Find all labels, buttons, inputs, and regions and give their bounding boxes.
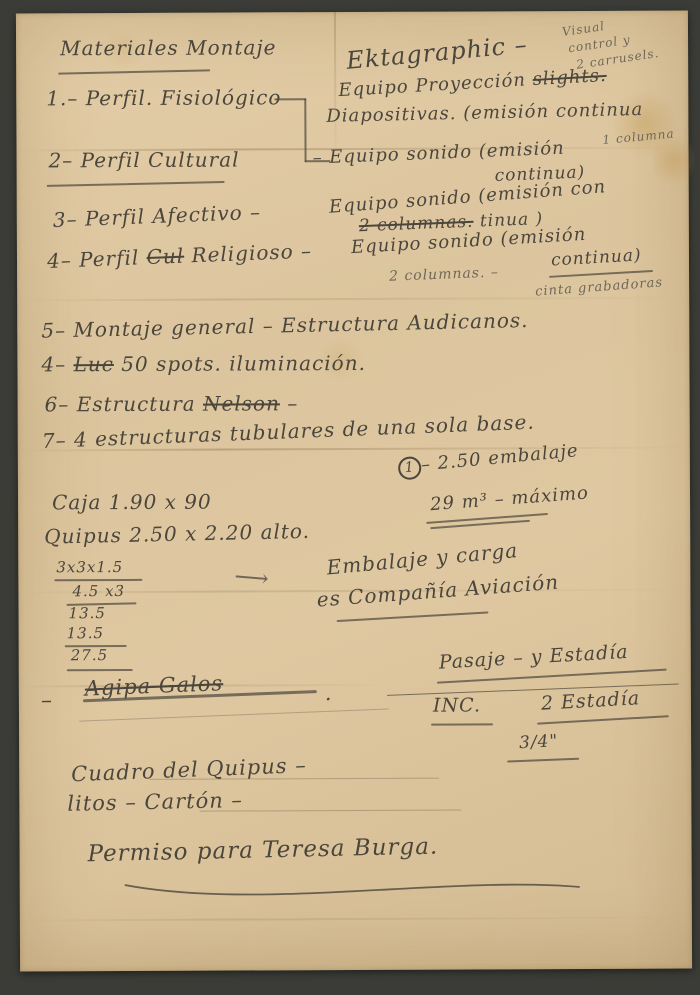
struck-text: slights. bbox=[532, 65, 607, 90]
item-4-columnas-note: 2 columnas. – bbox=[389, 265, 499, 285]
struck-text: Cul bbox=[146, 244, 185, 269]
list-item-5: 5– Montaje general – Estructura Audicano… bbox=[41, 309, 529, 342]
faint-curve-line bbox=[79, 708, 389, 721]
volume-note: 29 m³ – máximo bbox=[430, 483, 590, 515]
math-underline-4 bbox=[67, 669, 133, 671]
litos-note: litos – Cartón – bbox=[67, 789, 243, 816]
struck-text: Luc bbox=[73, 352, 113, 376]
list-item-3: 3– Perfil Afectivo – bbox=[52, 201, 261, 231]
scribble-period: . bbox=[325, 682, 333, 705]
math-underline-1 bbox=[54, 579, 142, 581]
packing-text: – 2.50 embalaje bbox=[420, 440, 579, 475]
math-line-2: 4.5 x3 bbox=[72, 583, 125, 600]
scanned-note-photo: { "colors": { "background": "#3b3c37", "… bbox=[0, 0, 700, 995]
item-text: – bbox=[280, 391, 298, 415]
cuadro-note: Cuadro del Quipus – bbox=[71, 754, 307, 786]
estadia-label: 2 Estadía bbox=[540, 688, 640, 714]
fold-crease bbox=[17, 297, 689, 302]
paper-sheet: Materiales Montaje Ektagraphic – Visual … bbox=[16, 11, 692, 972]
fold-crease bbox=[334, 12, 337, 162]
fraction-underline bbox=[507, 758, 579, 763]
list-item-6: 4– Luc 50 spots. iluminación. bbox=[41, 352, 366, 375]
permiso-note: Permiso para Teresa Burga. bbox=[87, 835, 438, 868]
item-number: 4– bbox=[41, 352, 73, 376]
item-text: 6– Estructura bbox=[45, 392, 203, 417]
arrow-icon: ⟶ bbox=[233, 563, 270, 592]
embalaje-underline bbox=[337, 611, 489, 622]
list-item-4: 4– Perfil Cul Religioso – bbox=[47, 240, 313, 272]
item-4-equipment-line2: continua) bbox=[551, 246, 643, 270]
struck-text: Nelson bbox=[203, 391, 280, 415]
faint-rule bbox=[149, 778, 439, 780]
item-text: 50 spots. iluminación. bbox=[114, 351, 366, 376]
item-text: 4– Perfil bbox=[47, 245, 147, 273]
pasaje-note: Pasaje – y Estadía bbox=[438, 642, 629, 674]
title-underline bbox=[58, 69, 210, 74]
math-line-1: 3x3x1.5 bbox=[56, 559, 123, 576]
quipus-dimensions: Quipus 2.50 x 2.20 alto. bbox=[44, 520, 310, 548]
inc-underline bbox=[431, 723, 493, 725]
faint-rule bbox=[199, 810, 461, 812]
estadia-underline bbox=[537, 715, 669, 724]
list-item-1: 1.– Perfil. Fisiológico bbox=[46, 86, 281, 109]
bracket-top bbox=[274, 98, 306, 100]
bracket-vertical bbox=[304, 98, 306, 162]
item-1-equipment-line2: Diapositivas. (emisión continua bbox=[326, 100, 643, 127]
item-text: Religioso – bbox=[184, 239, 313, 268]
fraction-note: 3/4" bbox=[519, 732, 559, 753]
caja-dimensions: Caja 1.90 x 90 bbox=[52, 491, 212, 514]
circled-number: 1 bbox=[397, 456, 422, 481]
math-line-5: 27.5 bbox=[71, 647, 108, 664]
list-item-7: 6– Estructura Nelson – bbox=[45, 392, 299, 415]
math-line-3: 13.5 bbox=[68, 605, 105, 622]
item-2-underline bbox=[47, 181, 225, 187]
scribble-dash: – bbox=[41, 689, 53, 713]
list-item-2: 2– Perfil Cultural bbox=[49, 148, 240, 171]
fold-crease bbox=[20, 917, 692, 922]
inc-label: INC. bbox=[433, 695, 481, 716]
equip-text: Equipo Proyección bbox=[338, 69, 533, 101]
list-item-8: 7– 4 estructuras tubulares de una sola b… bbox=[41, 411, 535, 452]
note-title: Materiales Montaje bbox=[60, 36, 277, 59]
brand-ektagraphic: Ektagraphic – bbox=[345, 31, 528, 74]
embalaje-note: Embalaje y carga bbox=[326, 539, 519, 578]
math-line-4: 13.5 bbox=[67, 625, 104, 642]
